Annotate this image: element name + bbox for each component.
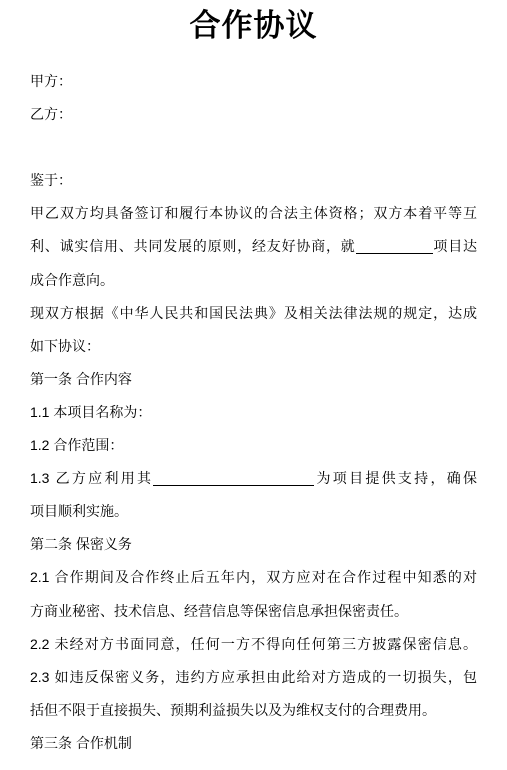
clause-1-3-line-2: 项目顺利实施。 bbox=[30, 495, 477, 528]
text-segment: 鉴于： bbox=[30, 172, 72, 188]
text-segment: 1.3 乙方应利用其 bbox=[30, 470, 153, 486]
fill-in-blank-underline bbox=[356, 253, 433, 254]
text-segment: 现双方根据《中华人民共和国民法典》及相关法律法规的规定，达成 bbox=[30, 305, 477, 321]
party-b-line: 乙方： bbox=[30, 98, 477, 131]
recital-line-3: 成合作意向。 bbox=[30, 264, 477, 297]
text-segment: 括但不限于直接损失、预期利益损失以及为维权支付的合理费用。 bbox=[30, 702, 436, 718]
clause-2-3-line-1: 2.3 如违反保密义务，违约方应承担由此给对方造成的一切损失，包 bbox=[30, 661, 477, 694]
text-segment: 第三条 合作机制 bbox=[30, 735, 132, 751]
document-body: 甲方：乙方：鉴于：甲乙双方均具备签订和履行本协议的合法主体资格；双方本着平等互利… bbox=[30, 65, 477, 760]
text-segment: 项目顺利实施。 bbox=[30, 503, 128, 519]
text-segment: 项目达 bbox=[433, 238, 477, 254]
text-segment: 乙方： bbox=[30, 106, 72, 122]
text-segment: 2.2 未经对方书面同意，任何一方不得向任何第三方披露保密信息。 bbox=[30, 636, 477, 652]
blank-spacer-line bbox=[30, 131, 477, 164]
article-1-heading: 第一条 合作内容 bbox=[30, 363, 477, 396]
clause-1-2-line: 1.2 合作范围： bbox=[30, 429, 477, 462]
recital-line-1: 甲乙双方均具备签订和履行本协议的合法主体资格；双方本着平等互 bbox=[30, 197, 477, 230]
document-page: 合作协议 甲方：乙方：鉴于：甲乙双方均具备签订和履行本协议的合法主体资格；双方本… bbox=[0, 0, 507, 770]
clause-2-2-line: 2.2 未经对方书面同意，任何一方不得向任何第三方披露保密信息。 bbox=[30, 628, 477, 661]
text-segment: 2.3 如违反保密义务，违约方应承担由此给对方造成的一切损失，包 bbox=[30, 669, 477, 685]
text-segment: 成合作意向。 bbox=[30, 272, 114, 288]
clause-2-3-line-2: 括但不限于直接损失、预期利益损失以及为维权支付的合理费用。 bbox=[30, 694, 477, 727]
document-title: 合作协议 bbox=[0, 0, 507, 49]
party-a-line: 甲方： bbox=[30, 65, 477, 98]
recital-line-2: 利、诚实信用、共同发展的原则，经友好协商，就项目达 bbox=[30, 230, 477, 263]
fill-in-blank-underline bbox=[153, 485, 314, 486]
recital-line-4: 现双方根据《中华人民共和国民法典》及相关法律法规的规定，达成 bbox=[30, 297, 477, 330]
text-segment: 甲乙双方均具备签订和履行本协议的合法主体资格；双方本着平等互 bbox=[30, 205, 477, 221]
text-segment: 如下协议： bbox=[30, 338, 100, 354]
text-segment: 1.2 合作范围： bbox=[30, 437, 123, 453]
text-segment: 第一条 合作内容 bbox=[30, 371, 132, 387]
text-segment: 甲方： bbox=[30, 73, 72, 89]
whereas-line: 鉴于： bbox=[30, 164, 477, 197]
clause-1-3-line-1: 1.3 乙方应利用其为项目提供支持，确保 bbox=[30, 462, 477, 495]
clause-1-1-line: 1.1 本项目名称为： bbox=[30, 396, 477, 429]
clause-2-1-line-1: 2.1 合作期间及合作终止后五年内，双方应对在合作过程中知悉的对 bbox=[30, 561, 477, 594]
text-segment: 1.1 本项目名称为： bbox=[30, 404, 151, 420]
text-segment: 第二条 保密义务 bbox=[30, 536, 132, 552]
clause-2-1-line-2: 方商业秘密、技术信息、经营信息等保密信息承担保密责任。 bbox=[30, 595, 477, 628]
text-segment: 方商业秘密、技术信息、经营信息等保密信息承担保密责任。 bbox=[30, 603, 408, 619]
article-3-heading: 第三条 合作机制 bbox=[30, 727, 477, 760]
recital-line-5: 如下协议： bbox=[30, 330, 477, 363]
text-segment: 2.1 合作期间及合作终止后五年内，双方应对在合作过程中知悉的对 bbox=[30, 569, 477, 585]
text-segment: 利、诚实信用、共同发展的原则，经友好协商，就 bbox=[30, 238, 356, 254]
article-2-heading: 第二条 保密义务 bbox=[30, 528, 477, 561]
text-segment: 为项目提供支持，确保 bbox=[314, 470, 477, 486]
